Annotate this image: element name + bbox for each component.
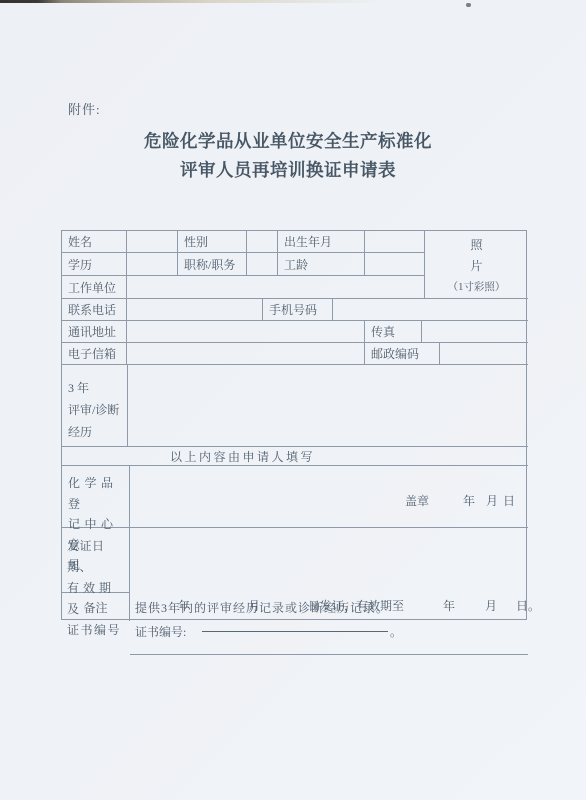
name-label: 姓名 [68,233,92,250]
phone-value-cell [127,299,263,321]
experience-label-line3: 经历 [68,421,127,443]
job-title-value-cell [247,253,278,276]
issue-label-line3: 证书编号 [67,620,127,641]
applicant-note-text: 以上内容由申请人填写 [170,448,315,465]
postal-value-cell [440,343,528,365]
phone-label-cell: 联系电话 [62,299,127,321]
experience-label-cell: 3 年 评审/诊断 经历 [62,365,128,447]
cert-no-period: 。 [390,623,402,640]
seal-day-label: 日 [503,492,515,509]
experience-value-cell [128,365,528,447]
birth-value-cell [365,231,425,253]
seal-label: 盖章 [405,492,429,509]
seal-year-label: 年 [463,492,475,509]
form-title-line2: 评审人员再培训换证申请表 [0,156,576,185]
name-value-cell [127,231,178,253]
scan-artifact-speck [466,3,471,7]
address-value-cell [127,321,365,343]
form-title-line1: 危险化学品从业单位安全生产标准化 [0,127,576,156]
fax-value-cell [422,321,528,343]
cert-no-label: 证书编号: [135,623,186,640]
mobile-value-cell [333,299,528,321]
fax-label-cell: 传真 [365,321,422,343]
address-label: 通讯地址 [68,323,116,340]
notes-label: 备注 [83,599,107,616]
birth-label: 出生年月 [284,233,332,250]
job-title-label: 职称/职务 [184,256,235,273]
applicant-note-cell: 以上内容由申请人填写 [62,447,528,466]
employer-label-cell: 工作单位 [62,276,127,299]
mobile-label: 手机号码 [269,301,317,318]
photo-label-line2: 片 [425,256,528,277]
birth-label-cell: 出生年月 [278,231,365,253]
experience-label-line1: 3 年 [68,377,127,399]
job-title-label-cell: 职称/职务 [178,253,247,276]
form-title: 危险化学品从业单位安全生产标准化 评审人员再培训换证申请表 [0,127,576,185]
gender-value-cell [247,231,278,253]
photo-label-line1: 照 [425,235,528,256]
phone-label: 联系电话 [68,301,116,318]
opinion-label-line1: 化学品登 [68,473,127,514]
notes-text: 提供3年内的评审经历记录或诊断经历记录。 [135,599,389,616]
scan-artifact-strip [0,0,382,3]
opinion-content-cell: 盖章 年 月 日 [130,466,528,528]
employer-label: 工作单位 [68,279,116,296]
education-label: 学历 [68,256,92,273]
education-label-cell: 学历 [62,253,127,276]
work-years-label: 工龄 [284,256,308,273]
experience-label-line2: 评审/诊断 [68,399,127,421]
education-value-cell [127,253,178,276]
gender-label: 性别 [184,233,208,250]
work-years-label-cell: 工龄 [278,253,365,276]
issue-label-cell: 发证日期、 有效期及 证书编号 [62,528,130,593]
postal-label: 邮政编码 [371,345,419,362]
issue-label-line1: 发证日期、 [67,536,127,578]
opinion-label-cell: 化学品登 记中心意 见 [62,466,130,528]
work-years-value-cell [365,253,425,276]
photo-cell: 照 片 （1寸彩照） [425,231,528,299]
mobile-label-cell: 手机号码 [263,299,333,321]
name-label-cell: 姓名 [62,231,127,253]
notes-label-cell: 备注 [62,593,130,621]
email-value-cell [127,343,365,365]
email-label-cell: 电子信箱 [62,343,127,365]
fax-label: 传真 [371,323,395,340]
seal-month-label: 月 [486,492,498,509]
application-form-table: 姓名 性别 出生年月 学历 职称/职务 工龄 照 片 （1寸彩照） 工作单位 联… [61,230,527,620]
address-label-cell: 通讯地址 [62,321,127,343]
email-label: 电子信箱 [68,345,116,362]
notes-content-cell: 提供3年内的评审经历记录或诊断经历记录。 [130,593,528,621]
gender-label-cell: 性别 [178,231,247,253]
postal-label-cell: 邮政编码 [365,343,440,365]
photo-label-line3: （1寸彩照） [425,277,528,298]
attachment-label: 附件: [68,99,101,118]
employer-value-cell [127,276,425,299]
